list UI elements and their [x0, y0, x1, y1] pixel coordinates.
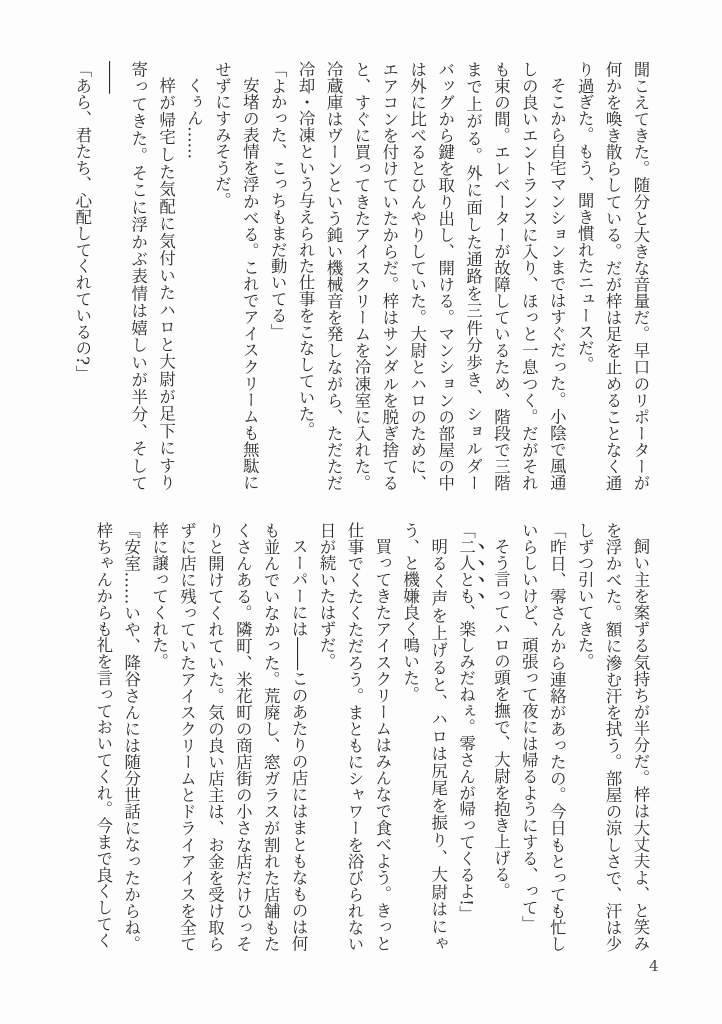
- paragraph-pet-heads: そう言ってハロの頭を撫で、大尉を抱き上げる。: [487, 522, 515, 952]
- paragraph-dialogue-worried: 「あら、君たち、心配してくれているの?」: [68, 61, 96, 491]
- paragraph-whine: くぅん……: [180, 61, 208, 491]
- top-text-block: 聞こえてきた。随分と大きな音量だ。早口のリポーターが何かを喚き散らしている。だが…: [92, 61, 654, 491]
- paragraph-dialogue-contact: 「昨日、零さんから連絡があったの。今日もとっても忙しいらしいけど、頑張って夜には…: [514, 522, 570, 952]
- paragraph-ice-cream-plan: 買ってきたアイスクリームはみんなで食べよう。きっと仕事でくたくただろう。まともに…: [312, 522, 396, 952]
- paragraph-news-sound: 聞こえてきた。随分と大きな音量だ。早口のリポーターが何かを喚き散らしている。だが…: [570, 61, 654, 491]
- paragraph-walk-home: そこから自宅マンションまではすぐだった。小陰で風通しの良いエントランスに入り、ほ…: [291, 61, 570, 491]
- paragraph-relief: 安堵の表情を浮かべる。これでアイスクリームも無駄にせずにすみそうだ。: [208, 61, 264, 491]
- dialogue-open-bracket: 「: [457, 522, 476, 538]
- paragraph-pets-approach: 梓が帰宅した気配に気付いたハロと大尉が足下にすり寄ってきた。そこに浮かぶ表情は嬉…: [96, 61, 180, 491]
- paragraph-dialogue-freezer: 「よかった、こっちもまだ動いてる」: [263, 61, 291, 491]
- paragraph-dialogue-looking-forward: 「二人とも、楽しみだねぇ。零さんが帰ってくるよ!」: [452, 522, 487, 952]
- novel-page-background: { "page": { "number": "4", "background_c…: [0, 0, 722, 1024]
- paragraph-dialogue-shopkeeper: 『安室……いや、降谷さんには随分世話になったからね。梓ちゃんからも礼を言っておい…: [89, 522, 145, 952]
- paragraph-supermarket: スーパーには――このあたりの店にはまともなものは何も並んでいなかった。荒廃し、窓…: [145, 522, 312, 952]
- paragraph-wipe-sweat: 飼い主を案ずる気持ちが半分だ。梓は大丈夫よ、と笑みを浮かべた。額に滲む汗を拭う。…: [570, 522, 654, 952]
- paragraph-pets-respond: 明るく声を上げると、ハロは尻尾を振り、大尉はにゃう、と機嫌良く鳴いた。: [396, 522, 452, 952]
- emphasized-text: 二人とも: [457, 538, 476, 604]
- novel-page: 聞こえてきた。随分と大きな音量だ。早口のリポーターが何かを喚き散らしている。だが…: [0, 0, 722, 1024]
- page-number: 4: [649, 957, 659, 975]
- dialogue-rest: 、楽しみだねぇ。零さんが帰ってくるよ!」: [457, 604, 476, 922]
- bottom-text-block: 飼い主を案ずる気持ちが半分だ。梓は大丈夫よ、と笑みを浮かべた。額に滲む汗を拭う。…: [92, 522, 654, 952]
